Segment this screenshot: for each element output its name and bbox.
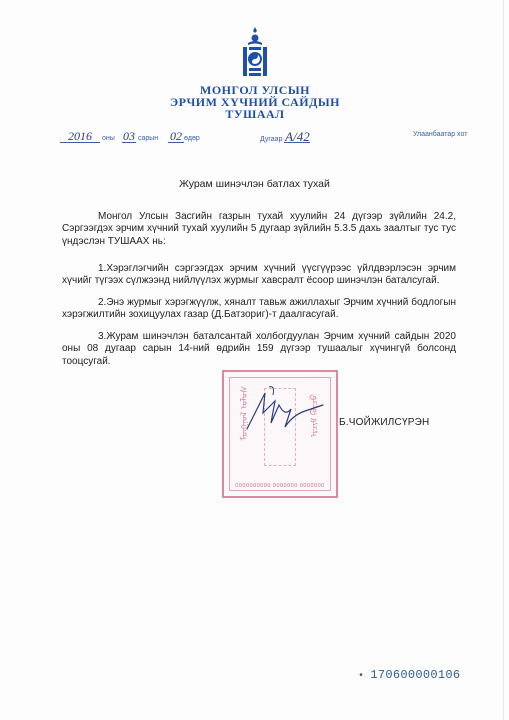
document-title: Журам шинэчлэн батлах тухай: [0, 178, 509, 190]
clause-3-paragraph: 3.Журам шинэчлэн баталсантай холбогдуула…: [62, 331, 456, 368]
paragraph-text: 3.Журам шинэчлэн баталсантай холбогдуула…: [62, 331, 456, 368]
document-serial-number: •170600000106: [358, 668, 460, 682]
clause-1-paragraph: 1.Хэрэглэгчийн сэргээгдэх эрчим хүчний ү…: [62, 263, 456, 288]
day-value: 02: [168, 131, 184, 143]
number-value: А/42: [284, 131, 310, 143]
stamp-bottom-text: 0000000000 0000000 0000000: [228, 483, 332, 489]
signatory-name: Б.ЧОЙЖИЛСҮРЭН: [339, 417, 429, 428]
preamble-paragraph: Монгол Улсын Засгийн газрын тухай хуулий…: [62, 211, 456, 248]
day-label: өдөр: [184, 135, 200, 142]
year-label: оны: [102, 135, 115, 142]
month-value: 03: [122, 131, 136, 143]
city-label: Улаанбаатар хот: [413, 131, 467, 138]
bullet-dot-icon: •: [358, 671, 364, 682]
paragraph-text: Монгол Улсын Засгийн газрын тухай хуулий…: [62, 211, 456, 248]
paragraph-text: 2.Энэ журмыг хэрэгжүүлж, хяналт тавьж аж…: [62, 297, 456, 322]
month-label: сарын: [138, 135, 158, 142]
handwritten-signature-icon: [245, 383, 325, 433]
page-edge: [503, 0, 504, 720]
document-type-label: ТУШААЛ: [150, 107, 360, 122]
paragraph-text: 1.Хэрэглэгчийн сэргээгдэх эрчим хүчний ү…: [62, 263, 456, 288]
number-label: Дугаар: [260, 136, 282, 143]
year-value: 2016: [60, 131, 100, 143]
date-year: 2016 оны: [60, 131, 115, 143]
order-number: Дугаар А/42: [260, 131, 310, 143]
clause-2-paragraph: 2.Энэ журмыг хэрэгжүүлж, хяналт тавьж аж…: [62, 297, 456, 322]
date-month: 03 сарын: [122, 131, 158, 143]
serial-value: 170600000106: [370, 668, 460, 682]
soyombo-emblem-icon: [240, 26, 270, 78]
date-day: 02өдөр: [168, 131, 200, 143]
